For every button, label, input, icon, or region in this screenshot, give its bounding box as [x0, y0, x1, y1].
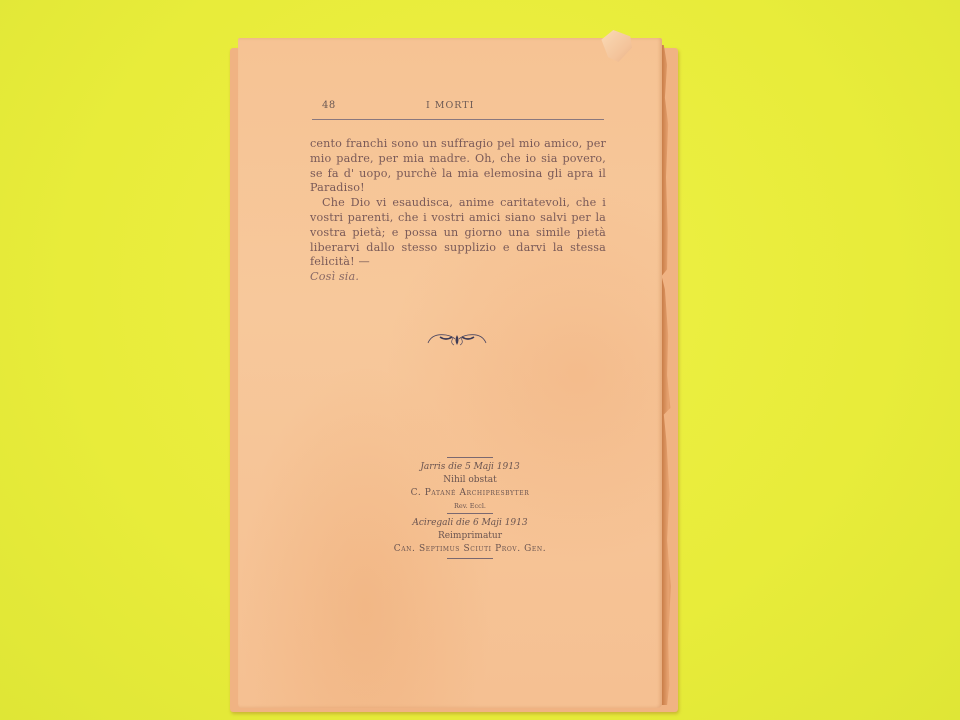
- body-text: cento franchi sono un suffragio pel mio …: [310, 137, 606, 285]
- divider: [447, 457, 493, 458]
- place-date-1: Jarris die 5 Maji 1913: [380, 461, 560, 474]
- censor-title: Rev. Eccl.: [380, 501, 560, 511]
- running-title: I MORTI: [426, 100, 474, 111]
- place-date-2: Aciregali die 6 Maji 1913: [380, 517, 560, 530]
- closing-phrase: Così sia.: [310, 270, 359, 283]
- running-head: 48 I MORTI: [322, 100, 642, 116]
- divider: [447, 513, 493, 514]
- paragraph: cento franchi sono un suffragio pel mio …: [310, 137, 606, 196]
- fleuron-ornament-icon: [426, 329, 488, 347]
- header-rule: [312, 119, 604, 120]
- paragraph: Che Dio vi esaudisca, anime caritatevoli…: [310, 196, 606, 285]
- nihil-obstat: Nihil obstat: [380, 474, 560, 487]
- reimprimatur: Reimprimatur: [380, 530, 560, 543]
- censor-name: C. Patané Archipresbyter: [380, 487, 560, 500]
- imprimatur-block: Jarris die 5 Maji 1913 Nihil obstat C. P…: [380, 455, 560, 562]
- vicar-name: Can. Septimus Sciuti Prov. Gen.: [380, 543, 560, 556]
- page-number: 48: [322, 100, 336, 111]
- divider: [447, 558, 493, 559]
